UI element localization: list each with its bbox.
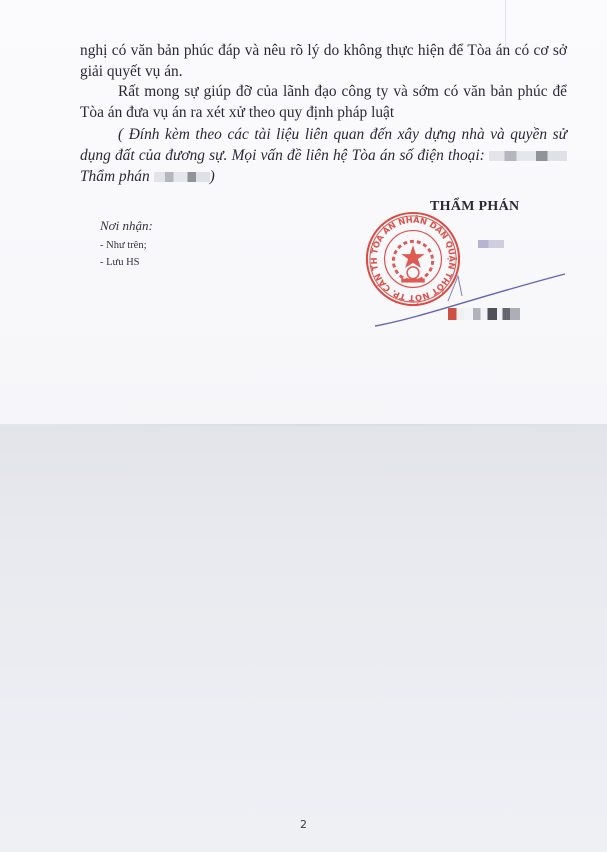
attachment-note-close: ) bbox=[210, 168, 215, 185]
redacted-phone-number bbox=[489, 151, 567, 161]
recipient-item: - Như trên; bbox=[100, 237, 153, 254]
attachment-note-judge-label: Thẩm phán bbox=[80, 168, 150, 185]
paragraph-appeal: Rất mong sự giúp đỡ của lãnh đạo công ty… bbox=[80, 81, 567, 123]
paragraph-request-response: nghị có văn bản phúc đáp và nêu rõ lý do… bbox=[80, 40, 567, 82]
signature-stroke bbox=[370, 266, 570, 336]
recipient-item: - Lưu HS bbox=[100, 254, 153, 271]
paper-fold-line bbox=[0, 424, 607, 426]
recipients-title: Nơi nhận: bbox=[100, 218, 153, 234]
recipients-block: Nơi nhận: - Như trên; - Lưu HS bbox=[100, 218, 153, 271]
paragraph-attachment-note: ( Đính kèm theo các tài liệu liên quan đ… bbox=[80, 124, 567, 187]
redacted-judge-name bbox=[154, 172, 210, 182]
page-number: 2 bbox=[0, 818, 607, 831]
redacted-signer-name bbox=[448, 308, 520, 320]
paper-lower-half bbox=[0, 425, 607, 852]
redacted-signature bbox=[478, 240, 504, 248]
